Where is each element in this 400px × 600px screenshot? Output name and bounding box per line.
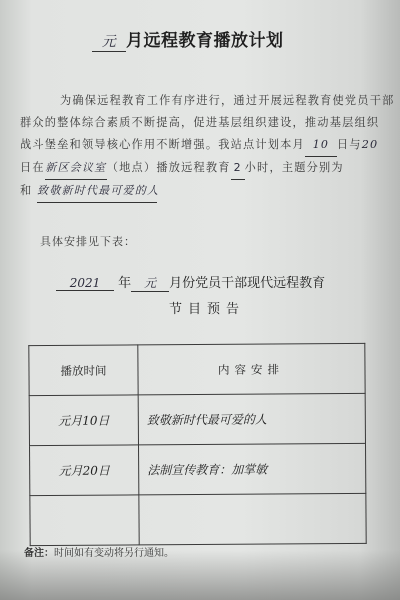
row-time: 元月10日	[29, 395, 138, 446]
table-header-row: 播放时间 内容安排	[29, 343, 365, 395]
paragraph-line-2: 群众的整体综合素质不断提高，促进基层组织建设，推动基层组织	[20, 112, 392, 134]
line5-prefix: 和	[20, 184, 32, 197]
notice-subheading: 节目预告	[0, 298, 400, 317]
notice-year-label: 年	[118, 276, 131, 291]
notice-heading-suffix: 月份党员干部现代远程教育	[169, 276, 325, 291]
row-time	[30, 495, 139, 546]
row-content: 致敬新时代最可爱的人	[138, 393, 365, 445]
schedule-table: 播放时间 内容安排 元月10日 致敬新时代最可爱的人 元月20日 法制宣传教育：…	[28, 343, 366, 546]
line4-suffix: 小时，主题分别为	[245, 161, 344, 174]
topic-field: 致敬新时代最可爱的人	[37, 180, 157, 203]
table-row: 元月20日 法制宣传教育：加掌敏	[30, 443, 366, 495]
document-title: 元月远程教育播放计划	[92, 26, 284, 52]
line3-mid: 日与	[337, 138, 362, 151]
title-month-handwritten: 元	[92, 31, 126, 52]
paragraph-line-3: 战斗堡垒和领导核心作用不断增强。我站点计划本月10日与20	[20, 134, 392, 157]
header-content: 内容安排	[138, 343, 365, 395]
day1-field: 10	[305, 134, 337, 157]
hours-field: 2	[231, 157, 245, 180]
detail-intro: 具体安排见下表：	[40, 233, 136, 249]
notice-year-field: 2021	[56, 276, 114, 291]
header-time: 播放时间	[29, 345, 138, 396]
place-field: 新区会议室	[45, 157, 107, 180]
table-row	[30, 493, 366, 545]
row-content: 法制宣传教育：加掌敏	[139, 443, 366, 495]
row-time: 元月20日	[30, 445, 139, 496]
paragraph-line-4: 日在新区会议室（地点）播放远程教育2小时，主题分别为	[20, 157, 392, 180]
intro-paragraph: 为确保远程教育工作有序进行，通过开展远程教育使党员干部 群众的整体综合素质不断提…	[20, 90, 392, 203]
table-row: 元月10日 致敬新时代最可爱的人	[29, 393, 365, 445]
paragraph-line-5: 和 致敬新时代最可爱的人	[20, 180, 392, 203]
line3-prefix: 战斗堡垒和领导核心作用不断增强。我站点计划本月	[20, 138, 305, 151]
line4-prefix: 日在	[20, 161, 45, 174]
page-shadow	[0, 550, 400, 600]
notice-heading: 2021 年元月份党员干部现代远程教育	[56, 272, 325, 292]
notice-month-field: 元	[131, 274, 169, 292]
row-content	[139, 493, 366, 545]
day2-field: 20	[362, 138, 379, 151]
title-text: 月远程教育播放计划	[126, 31, 284, 51]
document-page: 元月远程教育播放计划 为确保远程教育工作有序进行，通过开展远程教育使党员干部 群…	[0, 0, 400, 600]
paragraph-line-1: 为确保远程教育工作有序进行，通过开展远程教育使党员干部	[20, 90, 392, 112]
line4-mid: （地点）播放远程教育	[107, 161, 231, 174]
